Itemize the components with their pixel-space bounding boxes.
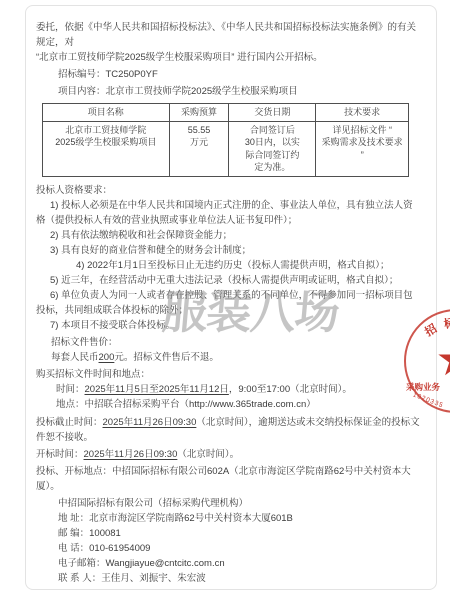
qualification-item-2: 2) 具有依法缴纳税收和社会保障资金能力； <box>36 228 422 243</box>
deadline-paragraph: 投标截止时间：2025年11月26日09:30（北京时间），逾期送达或未交纳投标… <box>36 415 422 445</box>
qualification-item-5: 5) 近三年，在经营活动中无重大违法记录（投标人需提供声明或证明，格式自拟）； <box>36 273 422 288</box>
agency-email: 电子邮箱：Wangjiayue@cntcitc.com.cn <box>36 556 422 571</box>
qualification-item-1: 1) 投标人必须是在中华人民共和国境内正式注册的企、事业法人单位，具有独立法人资… <box>36 198 422 228</box>
agency-name: 中招国际招标有限公司（招标采购代理机构） <box>36 496 422 511</box>
document-page: 委托，依据《中华人民共和国招标投标法》、《中华人民共和国招标投标法实施条例》的有… <box>25 5 437 590</box>
cell-line: 万元 <box>171 136 228 149</box>
purchase-time-range: 2025年11月5日至2025年11月12日 <box>85 384 229 395</box>
seal-center-text: 采购业务 <box>406 381 440 393</box>
bid-number-line: 招标编号：TC250P0YF <box>36 67 422 82</box>
announcement-line: “北京市工贸技师学院2025级学生校服采购项目” 进行国内公开招标。 <box>36 50 422 65</box>
agency-contacts: 联 系 人：王佳月、刘振宇、朱宏波 <box>36 571 422 586</box>
agency-address: 地 址：北京市海淀区学院南路62号中关村资本大厦601B <box>36 511 422 526</box>
opening-label: 开标时间： <box>36 449 84 460</box>
cell-tech-requirements: 详见招标文件 “ 采购需求及技术要求 ” <box>316 121 409 176</box>
cell-line: 际合同签订约 <box>230 149 314 162</box>
agency-phone: 电 话：010-61954009 <box>36 541 422 556</box>
qualification-item-6: 6) 单位负责人为同一人或者存在控股、管理关系的不同单位，不得参加同一招标项目包… <box>36 288 422 318</box>
opening-suffix: （北京时间）。 <box>177 449 239 460</box>
purchase-time-line: 时间：2025年11月5日至2025年11月12日，9:00至17:00（北京时… <box>36 382 422 397</box>
opening-time-line: 开标时间：2025年11月26日09:30（北京时间）。 <box>36 447 422 462</box>
project-content-line: 项目内容：北京市工贸技师学院2025级学生校服采购项目 <box>36 84 422 99</box>
purchase-place-line: 地点：中招联合招标采购平台（http://www.365trade.com.cn… <box>36 397 422 412</box>
col-header-tech-requirements: 技术要求 <box>316 104 409 122</box>
cell-line: 北京市工贸技师学院 <box>44 124 168 137</box>
purchase-time-label: 时间： <box>56 384 85 395</box>
doc-price-amount: 200 <box>99 352 115 363</box>
qualification-item-4: 4) 2022年1月1日至投标日止无违约历史（投标人需提供声明，格式自拟）； <box>36 258 422 273</box>
qualification-item-3: 3) 具有良好的商业信誉和健全的财务会计制度； <box>36 243 422 258</box>
cell-line: 30日内，以实 <box>230 136 314 149</box>
project-info-table: 项目名称 采购预算 交货日期 技术要求 北京市工贸技师学院 2025级学生校服采… <box>42 103 409 177</box>
intro-paragraph: 委托，依据《中华人民共和国招标投标法》、《中华人民共和国招标投标法实施条例》的有… <box>36 20 422 50</box>
col-header-budget: 采购预算 <box>169 104 229 122</box>
purchase-time-suffix: ，9:00至17:00（北京时间）。 <box>229 384 352 395</box>
cell-line: 2025级学生校服采购项目 <box>44 136 168 149</box>
cell-line: 详见招标文件 “ <box>317 124 407 137</box>
cell-delivery-date: 合同签订后 30日内，以实 际合同签订约 定为准。 <box>229 121 316 176</box>
col-header-delivery-date: 交货日期 <box>229 104 316 122</box>
table-header-row: 项目名称 采购预算 交货日期 技术要求 <box>43 104 409 122</box>
deadline-datetime: 2025年11月26日09:30 <box>103 417 197 428</box>
qualifications-title: 投标人资格要求： <box>36 183 422 198</box>
cell-project-name: 北京市工贸技师学院 2025级学生校服采购项目 <box>43 121 170 176</box>
agency-block: 中招国际招标有限公司（招标采购代理机构） 地 址：北京市海淀区学院南路62号中关… <box>36 496 422 586</box>
seal-arc-char-2: 标 <box>442 314 450 332</box>
deadline-label: 投标截止时间： <box>36 417 103 428</box>
cell-line: ” <box>317 149 407 162</box>
doc-price-suffix: 元。招标文件售后不退。 <box>114 352 219 363</box>
agency-postcode: 邮 编：100081 <box>36 526 422 541</box>
opening-datetime: 2025年11月26日09:30 <box>84 449 178 460</box>
cell-line: 合同签订后 <box>230 124 314 137</box>
doc-price-line: 每套人民币200元。招标文件售后不退。 <box>36 350 422 365</box>
purchase-title: 购买招标文件时间和地点： <box>36 367 422 382</box>
cell-line: 定为准。 <box>230 161 314 174</box>
doc-price-title: 招标文件售价： <box>36 335 422 350</box>
col-header-project-name: 项目名称 <box>43 104 170 122</box>
qualification-item-7: 7) 本项目不接受联合体投标。 <box>36 318 422 333</box>
cell-line: 55.55 <box>171 124 228 137</box>
table-row: 北京市工贸技师学院 2025级学生校服采购项目 55.55 万元 合同签订后 3… <box>43 121 409 176</box>
venue-paragraph: 投标、开标地点：中招国际招标有限公司602A（北京市海淀区学院南路62号中关村资… <box>36 464 422 494</box>
cell-budget: 55.55 万元 <box>169 121 229 176</box>
doc-price-prefix: 每套人民币 <box>51 352 99 363</box>
cell-line: 采购需求及技术要求 <box>317 136 407 149</box>
star-icon: ★ <box>435 336 450 382</box>
